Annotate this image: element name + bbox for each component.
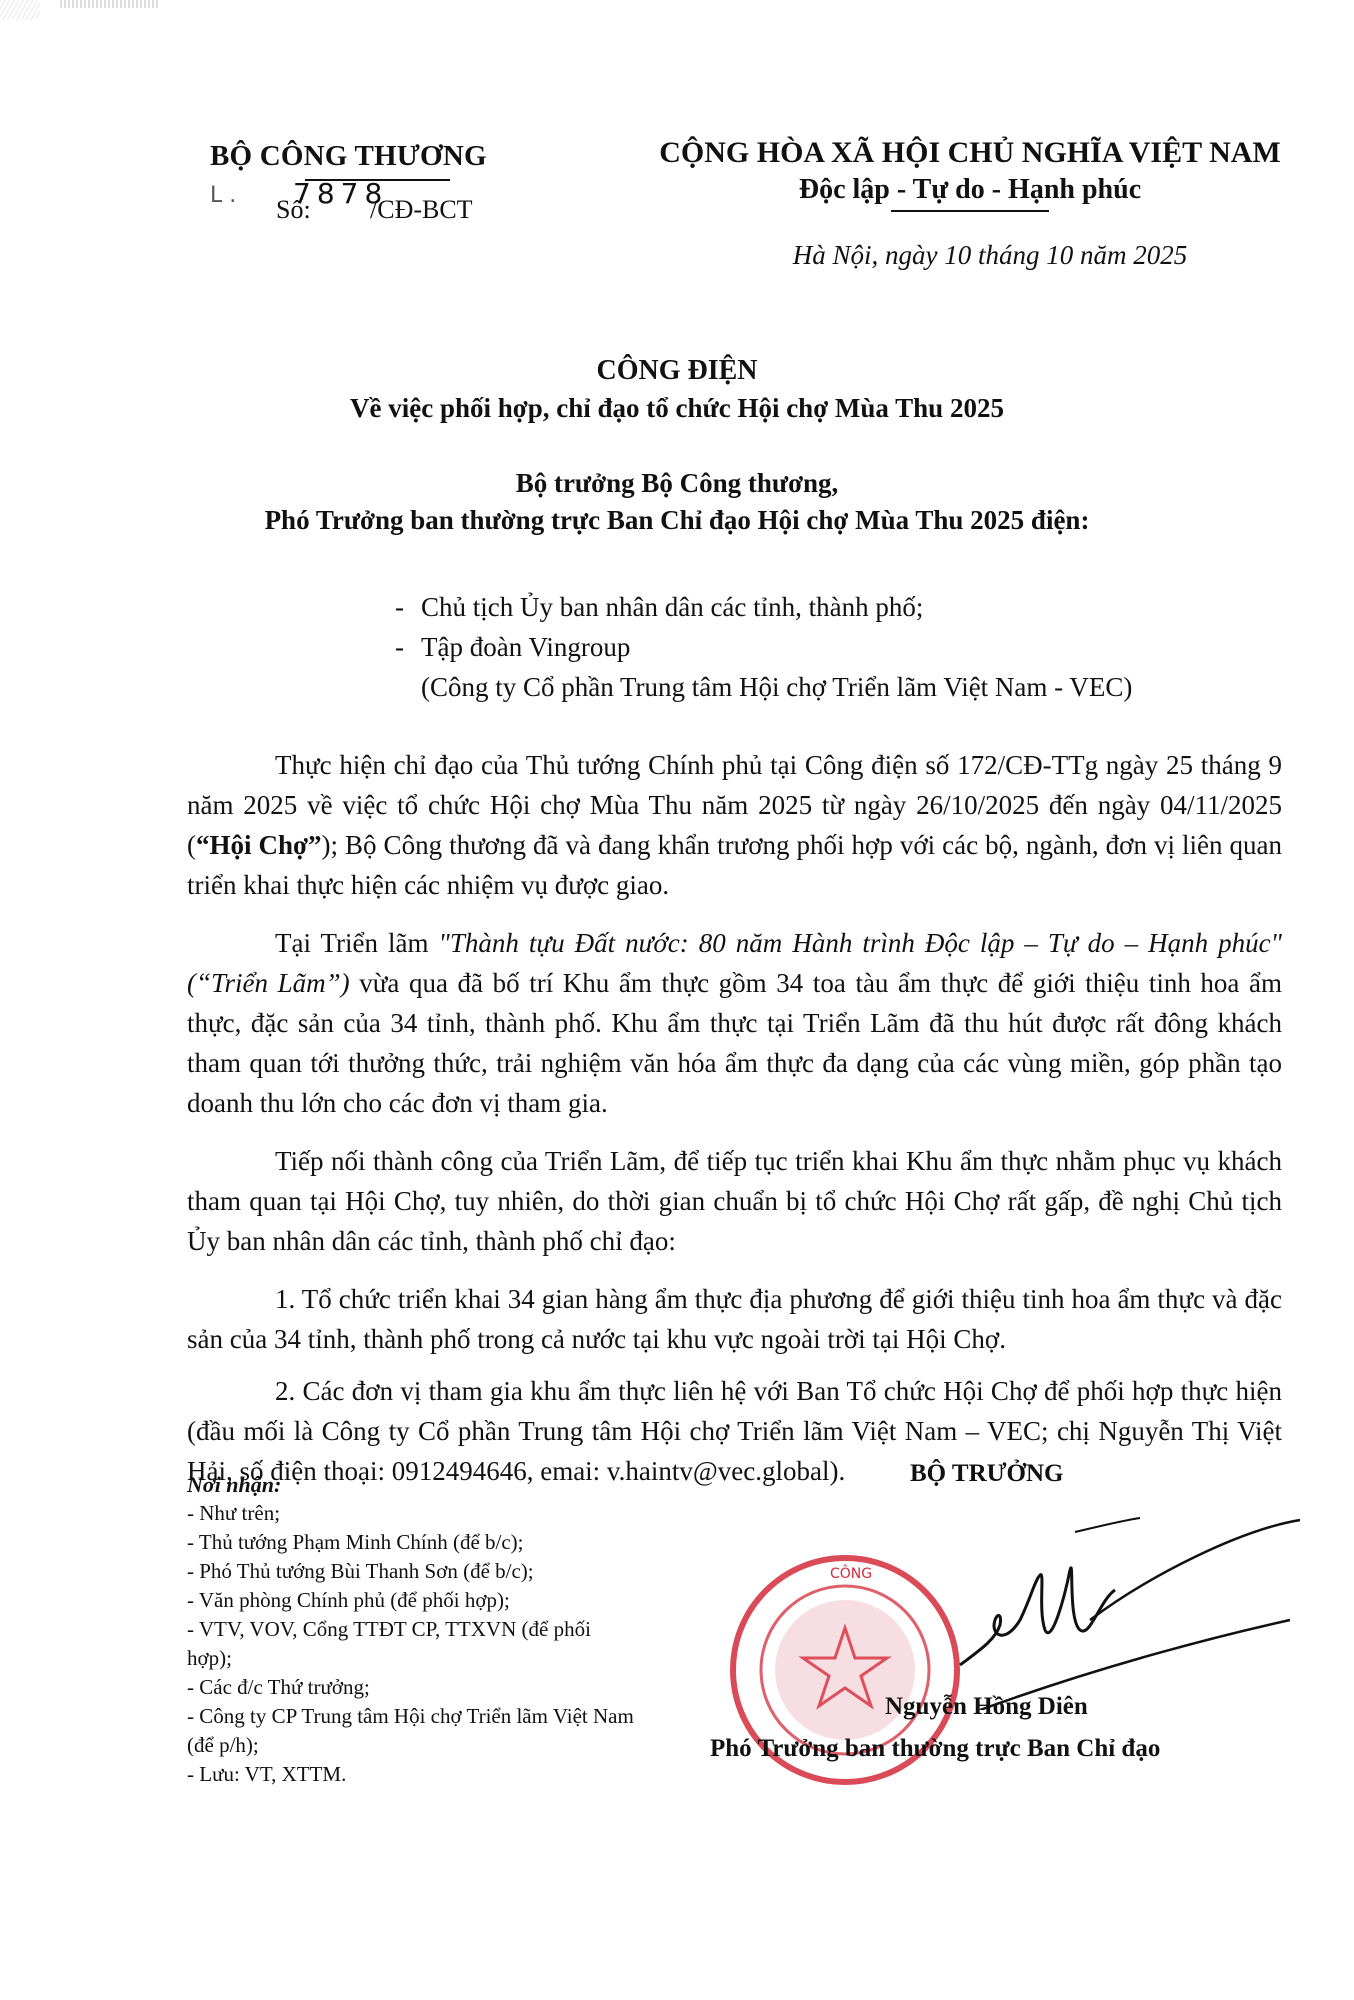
cc-item: - Văn phòng Chính phủ (để phối hợp); (187, 1586, 637, 1615)
recipient-subitem: (Công ty Cổ phần Trung tâm Hội chợ Triển… (395, 667, 1132, 707)
signer-title: BỘ TRƯỞNG (910, 1460, 1064, 1488)
recipients-list: -Chủ tịch Ủy ban nhân dân các tỉnh, thàn… (395, 587, 1132, 707)
paragraph-2: Tại Triển lãm "Thành tựu Đất nước: 80 nă… (187, 923, 1282, 1123)
document-subject: Về việc phối hợp, chỉ đạo tổ chức Hội ch… (0, 393, 1354, 424)
sender-line-2: Phó Trưởng ban thường trực Ban Chỉ đạo H… (0, 505, 1354, 536)
recipient-item: -Tập đoàn Vingroup (395, 627, 1132, 667)
document-number: L . Số: 7878 /CĐ-BCT (210, 181, 570, 227)
motto: Độc lập - Tự do - Hạnh phúc (640, 174, 1300, 206)
cc-item: - Như trên; (187, 1499, 637, 1528)
signer-role: Phó Trưởng ban thường trực Ban Chỉ đạo (710, 1735, 1160, 1763)
cc-item: - Thủ tướng Phạm Minh Chính (để b/c); (187, 1528, 637, 1557)
paragraph-3: Tiếp nối thành công của Triển Lãm, để ti… (187, 1141, 1282, 1261)
republic-name: CỘNG HÒA XÃ HỘI CHỦ NGHĨA VIỆT NAM (640, 136, 1300, 170)
national-header: CỘNG HÒA XÃ HỘI CHỦ NGHĨA VIỆT NAM Độc l… (640, 136, 1300, 271)
svg-text:CÔNG: CÔNG (830, 1564, 872, 1582)
document-type: CÔNG ĐIỆN (0, 355, 1354, 387)
cc-title: Nơi nhận: (187, 1470, 637, 1499)
cc-item: - VTV, VOV, Cổng TTĐT CP, TTXVN (để phối… (187, 1615, 637, 1673)
recipient-item: -Chủ tịch Ủy ban nhân dân các tỉnh, thàn… (395, 587, 1132, 627)
title-block: CÔNG ĐIỆN Về việc phối hợp, chỉ đạo tổ c… (0, 355, 1354, 536)
docno-mark: L . (210, 183, 236, 208)
sender-line-1: Bộ trưởng Bộ Công thương, (0, 468, 1354, 499)
signature-icon (940, 1500, 1320, 1710)
document-body: Thực hiện chỉ đạo của Thủ tướng Chính ph… (187, 745, 1282, 1503)
cc-list: Nơi nhận: - Như trên; - Thủ tướng Phạm M… (187, 1470, 637, 1789)
signer-name: Nguyễn Hồng Diên (885, 1693, 1088, 1721)
docno-suffix: /CĐ-BCT (370, 195, 473, 225)
dateline: Hà Nội, ngày 10 tháng 10 năm 2025 (640, 240, 1300, 271)
scan-artifact (60, 0, 160, 8)
paragraph-1: Thực hiện chỉ đạo của Thủ tướng Chính ph… (187, 745, 1282, 905)
issuer-block: BỘ CÔNG THƯƠNG L . Số: 7878 /CĐ-BCT (210, 140, 570, 227)
motto-underline (891, 210, 1049, 212)
scan-artifact (0, 0, 40, 20)
cc-item: - Phó Thủ tướng Bùi Thanh Sơn (để b/c); (187, 1557, 637, 1586)
directive-item-1: 1. Tổ chức triển khai 34 gian hàng ẩm th… (187, 1279, 1282, 1359)
cc-item: - Các đ/c Thứ trưởng; (187, 1673, 637, 1702)
cc-item: - Lưu: VT, XTTM. (187, 1760, 637, 1789)
signature-block: BỘ TRƯỞNG CÔNG Nguyễn Hồng Diên Phó Trưở… (700, 1460, 1300, 1820)
cc-item: - Công ty CP Trung tâm Hội chợ Triển lãm… (187, 1702, 637, 1760)
ministry-name: BỘ CÔNG THƯƠNG (210, 140, 570, 173)
